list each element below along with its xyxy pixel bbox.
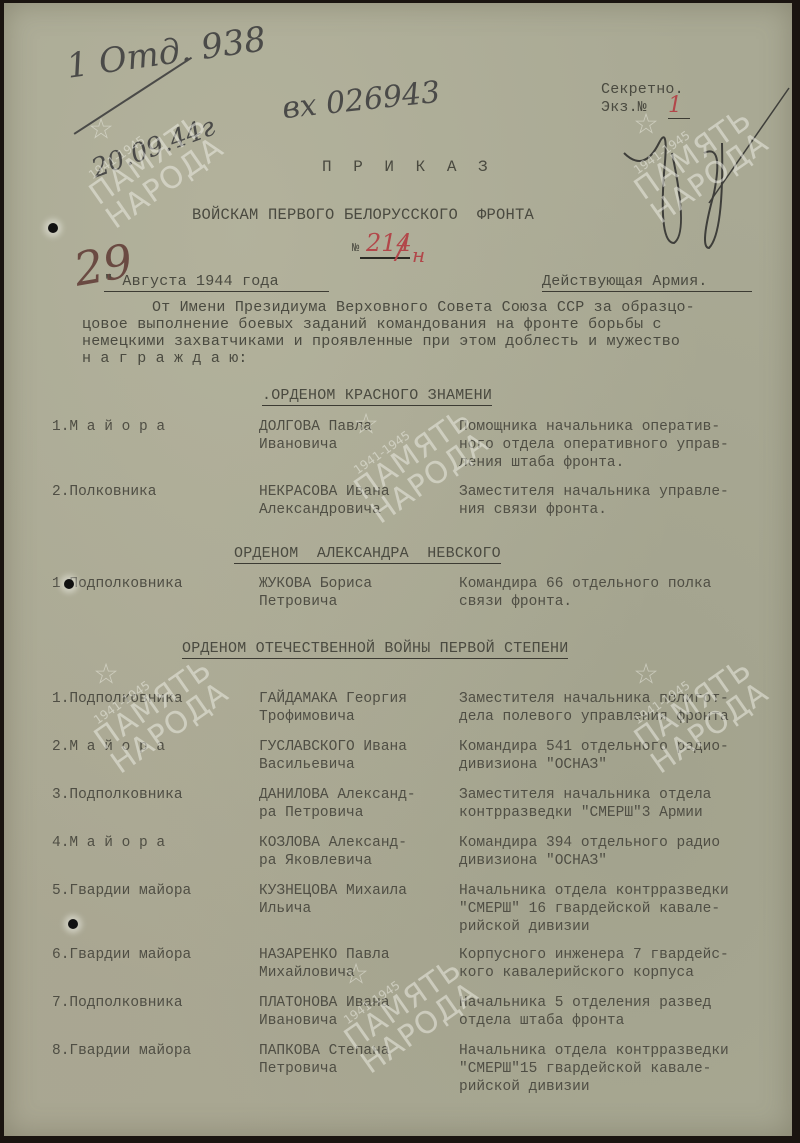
entry-position: Командира 541 отдельного радио-дивизиона… bbox=[459, 738, 729, 774]
entry-rank: 7.Подполковника bbox=[52, 994, 183, 1012]
entry-name: ДАНИЛОВА Александ-ра Петровича bbox=[259, 786, 416, 822]
order-title: П Р И К А З bbox=[322, 158, 494, 176]
order-subtitle: ВОЙСКАМ ПЕРВОГО БЕЛОРУССКОГО ФРОНТА bbox=[192, 206, 534, 224]
handwritten-date: 20.09.44г bbox=[88, 112, 219, 184]
entry-position: Командира 66 отдельного полкасвязи фронт… bbox=[459, 575, 711, 611]
entry-position: Заместителя начальника отделаконтрразвед… bbox=[459, 786, 711, 822]
section-title: ОРДЕНОМ ОТЕЧЕСТВЕННОЙ ВОЙНЫ ПЕРВОЙ СТЕПЕ… bbox=[182, 640, 568, 659]
entry-name: КУЗНЕЦОВА МихаилаИльича bbox=[259, 882, 407, 918]
entry-name: ГУСЛАВСКОГО ИванаВасильевича bbox=[259, 738, 407, 774]
order-number-slash: / bbox=[396, 231, 406, 266]
entry-position: Начальника 5 отделения разведотдела штаб… bbox=[459, 994, 711, 1030]
entry-name: ПАПКОВА СтепанаПетровича bbox=[259, 1042, 390, 1078]
entry-name: ЖУКОВА БорисаПетровича bbox=[259, 575, 372, 611]
document-page: 1 Отд. 938 20.09.44г вх 026943 Секретно.… bbox=[4, 3, 792, 1136]
punch-hole bbox=[48, 223, 58, 233]
entry-rank: 8.Гвардии майора bbox=[52, 1042, 191, 1060]
entry-rank: 5.Гвардии майора bbox=[52, 882, 191, 900]
entry-position: Корпусного инженера 7 гвардейс-кого кава… bbox=[459, 946, 729, 982]
preamble-line: н а г р а ж д а ю: bbox=[82, 350, 248, 367]
entry-position: Заместителя начальника полигот-дела поле… bbox=[459, 690, 729, 726]
order-number-suffix: н bbox=[412, 243, 425, 267]
entry-name: ДОЛГОВА ПавлаИвановича bbox=[259, 418, 372, 454]
preamble-line: цовое выполнение боевых заданий командов… bbox=[82, 316, 662, 333]
section-title: ОРДЕНОМ АЛЕКСАНДРА НЕВСКОГО bbox=[234, 545, 501, 564]
entry-name: ГАЙДАМАКА ГеоргияТрофимовича bbox=[259, 690, 407, 726]
entry-position: Помощника начальника оператив-ного отдел… bbox=[459, 418, 729, 472]
entry-rank: 1.Подполковника bbox=[52, 690, 183, 708]
punch-hole bbox=[68, 919, 78, 929]
entry-name: ПЛАТОНОВА ИванаИвановича bbox=[259, 994, 390, 1030]
entry-name: КОЗЛОВА Александ-ра Яковлевича bbox=[259, 834, 407, 870]
handwritten-incoming-number: вх 026943 bbox=[281, 75, 442, 126]
entry-rank: 6.Гвардии майора bbox=[52, 946, 191, 964]
preamble-line: немецкими захватчиками и проявленные при… bbox=[82, 333, 680, 350]
entry-position: Командира 394 отдельного радиодивизиона … bbox=[459, 834, 720, 870]
entry-rank: 2.М а й о р а bbox=[52, 738, 165, 756]
watermark: 1941-1945ПАМЯТЬНАРОДА bbox=[84, 646, 234, 779]
entry-rank: 1.М а й о р а bbox=[52, 418, 165, 436]
entry-name: НАЗАРЕНКО ПавлаМихайловича bbox=[259, 946, 390, 982]
location: Действующая Армия. bbox=[542, 273, 752, 292]
entry-position: Начальника отдела контрразведки"СМЕРШ" 1… bbox=[459, 882, 729, 936]
signature bbox=[614, 83, 794, 263]
section-title: .ОРДЕНОМ КРАСНОГО ЗНАМЕНИ bbox=[262, 387, 492, 406]
entry-rank: 4.М а й о р а bbox=[52, 834, 165, 852]
order-date: " Августа 1944 года bbox=[104, 273, 329, 292]
order-number-prefix: № bbox=[352, 241, 359, 255]
entry-name: НЕКРАСОВА ИванаАлександровича bbox=[259, 483, 390, 519]
entry-rank: 3.Подполковника bbox=[52, 786, 183, 804]
punch-hole bbox=[64, 579, 74, 589]
handwritten-reference: 1 Отд. 938 bbox=[64, 19, 268, 87]
entry-position: Начальника отдела контрразведки"СМЕРШ"15… bbox=[459, 1042, 729, 1096]
preamble-line: От Имени Президиума Верховного Совета Со… bbox=[152, 299, 695, 316]
entry-rank: 2.Полковника bbox=[52, 483, 156, 501]
entry-position: Заместителя начальника управле-ния связи… bbox=[459, 483, 729, 519]
